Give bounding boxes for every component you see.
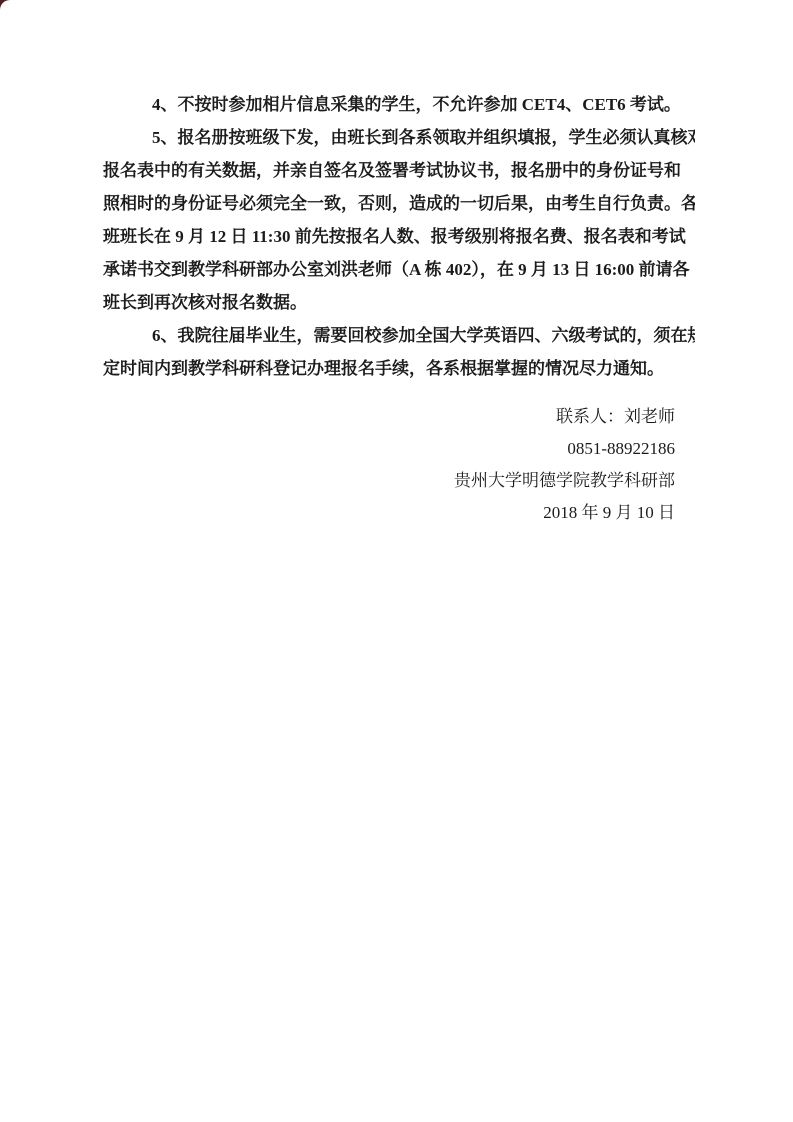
document-page: 4、不按时参加相片信息采集的学生，不允许参加 CET4、CET6 考试。5、报名… <box>0 0 793 1122</box>
paragraph-item-5: 5、报名册按班级下发，由班长到各系领取并组织填报，学生必须认真核对报名表中的有关… <box>103 121 695 319</box>
text-line: 报名表中的有关数据，并亲自签名及签署考试协议书，报名册中的身份证号和 <box>103 154 695 187</box>
department-line: 贵州大学明德学院教学科研部 <box>103 465 675 497</box>
date-line: 2018 年 9 月 10 日 <box>103 497 675 529</box>
paragraph-item-4: 4、不按时参加相片信息采集的学生，不允许参加 CET4、CET6 考试。 <box>103 88 695 121</box>
signature-block: 联系人：刘老师 0851-88922186 贵州大学明德学院教学科研部 2018… <box>103 401 695 529</box>
contact-phone-line: 0851-88922186 <box>103 433 675 465</box>
text-line: 承诺书交到教学科研部办公室刘洪老师（A 栋 402），在 9 月 13 日 16… <box>103 253 695 286</box>
text-line: 4、不按时参加相片信息采集的学生，不允许参加 CET4、CET6 考试。 <box>103 88 695 121</box>
text-line: 照相时的身份证号必须完全一致，否则，造成的一切后果，由考生自行负责。各 <box>103 187 695 220</box>
text-line: 5、报名册按班级下发，由班长到各系领取并组织填报，学生必须认真核对 <box>103 121 695 154</box>
document-body: 4、不按时参加相片信息采集的学生，不允许参加 CET4、CET6 考试。5、报名… <box>103 88 695 529</box>
text-line: 班长到再次核对报名数据。 <box>103 286 695 319</box>
contact-person-line: 联系人：刘老师 <box>103 401 675 433</box>
paragraph-item-6: 6、我院往届毕业生，需要回校参加全国大学英语四、六级考试的，须在规定时间内到教学… <box>103 319 695 385</box>
paragraphs-container: 4、不按时参加相片信息采集的学生，不允许参加 CET4、CET6 考试。5、报名… <box>103 88 695 385</box>
text-line: 6、我院往届毕业生，需要回校参加全国大学英语四、六级考试的，须在规 <box>103 319 695 352</box>
text-line: 班班长在 9 月 12 日 11:30 前先按报名人数、报考级别将报名费、报名表… <box>103 220 695 253</box>
text-line: 定时间内到教学科研科登记办理报名手续，各系根据掌握的情况尽力通知。 <box>103 352 695 385</box>
